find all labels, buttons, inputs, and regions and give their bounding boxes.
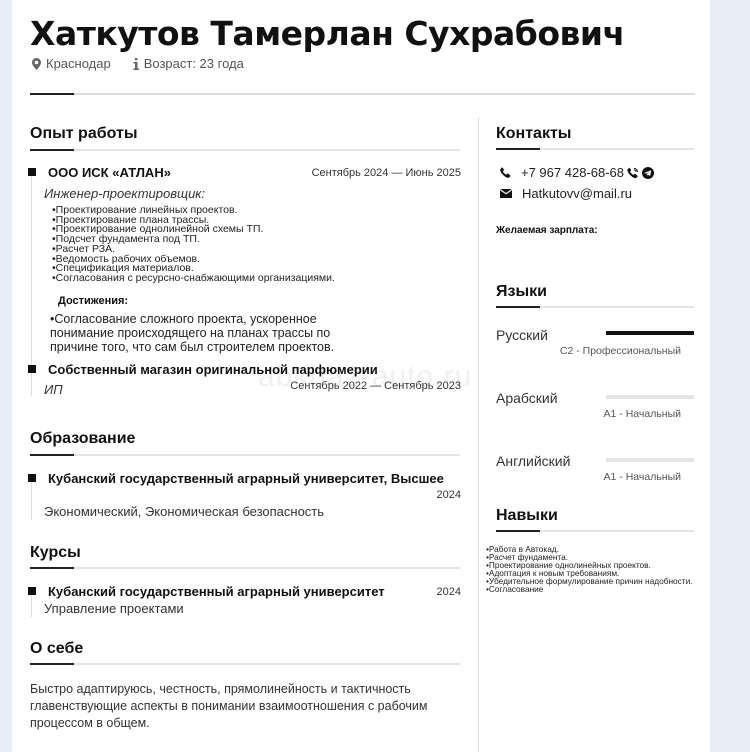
contact-email[interactable]: Hatkutovv@mail.ru xyxy=(500,186,632,201)
header-meta: Краснодар Возраст: 23 года xyxy=(32,56,244,71)
education-institution: Кубанский государственный аграрный униве… xyxy=(48,471,444,486)
skills-list: •Работа в Автокад. •Расчет фундамента. •… xyxy=(486,545,693,593)
education-bullet xyxy=(28,474,36,482)
age-text: Возраст: 23 года xyxy=(144,56,244,71)
languages-title: Языки xyxy=(496,283,547,301)
job-period: Сентябрь 2024 — Июнь 2025 xyxy=(312,167,461,179)
experience-timeline xyxy=(31,176,32,396)
language-level: C2 - Профессиональный xyxy=(560,345,681,357)
experience-divider xyxy=(30,149,460,151)
course-institution: Кубанский государственный аграрный униве… xyxy=(48,584,385,599)
resume-page: Хаткутов Тамерлан Сухрабович Краснодар В… xyxy=(12,0,710,752)
envelope-icon xyxy=(500,189,512,198)
experience-title: Опыт работы xyxy=(30,125,137,143)
education-timeline xyxy=(31,480,32,520)
city: Краснодар xyxy=(32,56,111,71)
phone-number[interactable]: +7 967 428-68-68 xyxy=(521,165,624,180)
achievements-text: •Согласование сложного проекта, ускоренн… xyxy=(50,312,380,354)
contacts-divider xyxy=(496,148,694,150)
email-address[interactable]: Hatkutovv@mail.ru xyxy=(522,186,632,201)
course-year: 2024 xyxy=(437,586,461,598)
skills-title: Навыки xyxy=(496,507,558,525)
job-bullet xyxy=(28,365,36,373)
education-year: 2024 xyxy=(437,489,461,501)
language-bar-fill xyxy=(606,331,694,335)
education-title: Образование xyxy=(30,430,135,448)
language-level: A1 - Начальный xyxy=(604,471,681,483)
info-icon xyxy=(133,58,139,70)
language-bar xyxy=(606,395,694,399)
courses-divider xyxy=(30,567,460,569)
map-pin-icon xyxy=(32,58,41,70)
job-period: Сентябрь 2022 — Сентябрь 2023 xyxy=(290,380,461,392)
language-level: A1 - Начальный xyxy=(604,408,681,420)
phone-icon xyxy=(500,167,511,178)
skills-divider xyxy=(496,530,694,532)
contacts-title: Контакты xyxy=(496,125,571,143)
education-details: Экономический, Экономическая безопасност… xyxy=(44,504,324,519)
job-duties: •Проектирование линейных проектов. •Прое… xyxy=(52,206,335,284)
viber-icon[interactable] xyxy=(627,167,639,179)
courses-title: Курсы xyxy=(30,544,81,562)
language-name: Английский xyxy=(496,453,570,469)
job-role: ИП xyxy=(44,382,63,397)
language-bar xyxy=(606,458,694,462)
course-bullet xyxy=(28,587,36,595)
column-divider xyxy=(478,118,479,752)
education-divider xyxy=(30,454,460,456)
contact-phone[interactable]: +7 967 428-68-68 xyxy=(500,165,654,180)
achievements-title: Достижения: xyxy=(58,295,128,307)
language-bar xyxy=(606,331,694,335)
course-details: Управление проектами xyxy=(44,601,184,616)
about-title: О себе xyxy=(30,640,83,658)
candidate-name: Хаткутов Тамерлан Сухрабович xyxy=(30,14,625,53)
about-divider xyxy=(30,663,460,665)
city-text: Краснодар xyxy=(46,56,111,71)
header-divider xyxy=(30,93,695,95)
duty-item: •Согласования с ресурсно-снабжающими орг… xyxy=(52,274,335,284)
job-company: Собственный магазин оригинальной парфюме… xyxy=(48,362,378,377)
skill-item: •Согласование xyxy=(486,585,693,593)
language-name: Арабский xyxy=(496,390,558,406)
about-text: Быстро адаптируюсь, честность, прямолине… xyxy=(30,681,470,732)
job-role: Инженер-проектировщик: xyxy=(44,186,205,201)
job-company: ООО ИСК «АТЛАН» xyxy=(48,165,171,180)
salary-label: Желаемая зарплата: xyxy=(496,225,598,236)
telegram-icon[interactable] xyxy=(642,167,654,179)
languages-divider xyxy=(496,306,694,308)
job-bullet xyxy=(28,168,36,176)
courses-timeline xyxy=(31,593,32,617)
age: Возраст: 23 года xyxy=(133,56,244,71)
language-name: Русский xyxy=(496,327,548,343)
